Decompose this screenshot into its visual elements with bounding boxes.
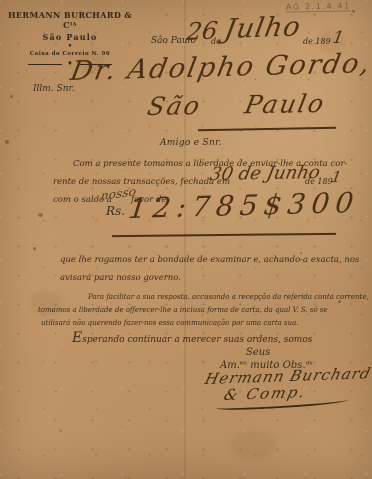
closing-date-year-printed: de 189	[305, 177, 333, 186]
dateline-de-printed: de	[211, 37, 221, 46]
paper-speck	[5, 140, 9, 144]
paper-speck	[10, 95, 13, 98]
letterhead-city: São Paulo	[6, 32, 134, 42]
amount-value-handwritten: 12:785$300	[127, 186, 361, 225]
paper-speck	[33, 247, 36, 250]
addressee-city-underline	[198, 127, 336, 131]
body-paragraph2-line1: que lhe rogamos ter a bondade de examina…	[60, 255, 359, 265]
addressee-city-handwritten: São Paulo	[145, 89, 328, 121]
amount-currency-printed: Rs.	[106, 204, 125, 218]
paper-stain	[230, 430, 276, 460]
letterhead-company-name: Hermann Burchard & Cᴵᴬ	[6, 10, 134, 30]
body-paragraph3-line3: utilisará não querendo fazer-nos essa co…	[41, 319, 299, 327]
paper-speck	[300, 252, 302, 254]
paper-speck	[60, 430, 62, 432]
dateline-year-printed: de 189	[303, 37, 331, 46]
body-paragraph3-line2: tomamos a liberdade de offerecer-lhe a i…	[38, 306, 328, 314]
body-paragraph2-line2: avisará para nosso governo.	[60, 273, 181, 283]
body-paragraph1-line2: rente de nossas transacções, fechada em	[53, 177, 230, 187]
addressee-name-handwritten: Dr. Adolpho Gordo,	[68, 48, 372, 87]
diamond-ornament-icon: ♦	[6, 43, 134, 49]
dateline-month-handwritten: Julho	[222, 11, 304, 45]
closing-sentence: Esperando continuar a merecer suas orden…	[72, 330, 312, 346]
closing-date-year-handwritten: 1	[330, 168, 343, 186]
greeting-line: Amigo e Snr.	[160, 138, 222, 148]
amount-underline	[112, 233, 336, 237]
body-paragraph3-line1: Para facilitar a sua resposta, accusando…	[88, 293, 369, 301]
letter-page: AG 2.1.4.41 Hermann Burchard & Cᴵᴬ São P…	[0, 0, 372, 479]
signoff-seus: Seus	[246, 347, 270, 358]
paper-speck	[352, 10, 355, 13]
paper-speck	[38, 213, 43, 217]
